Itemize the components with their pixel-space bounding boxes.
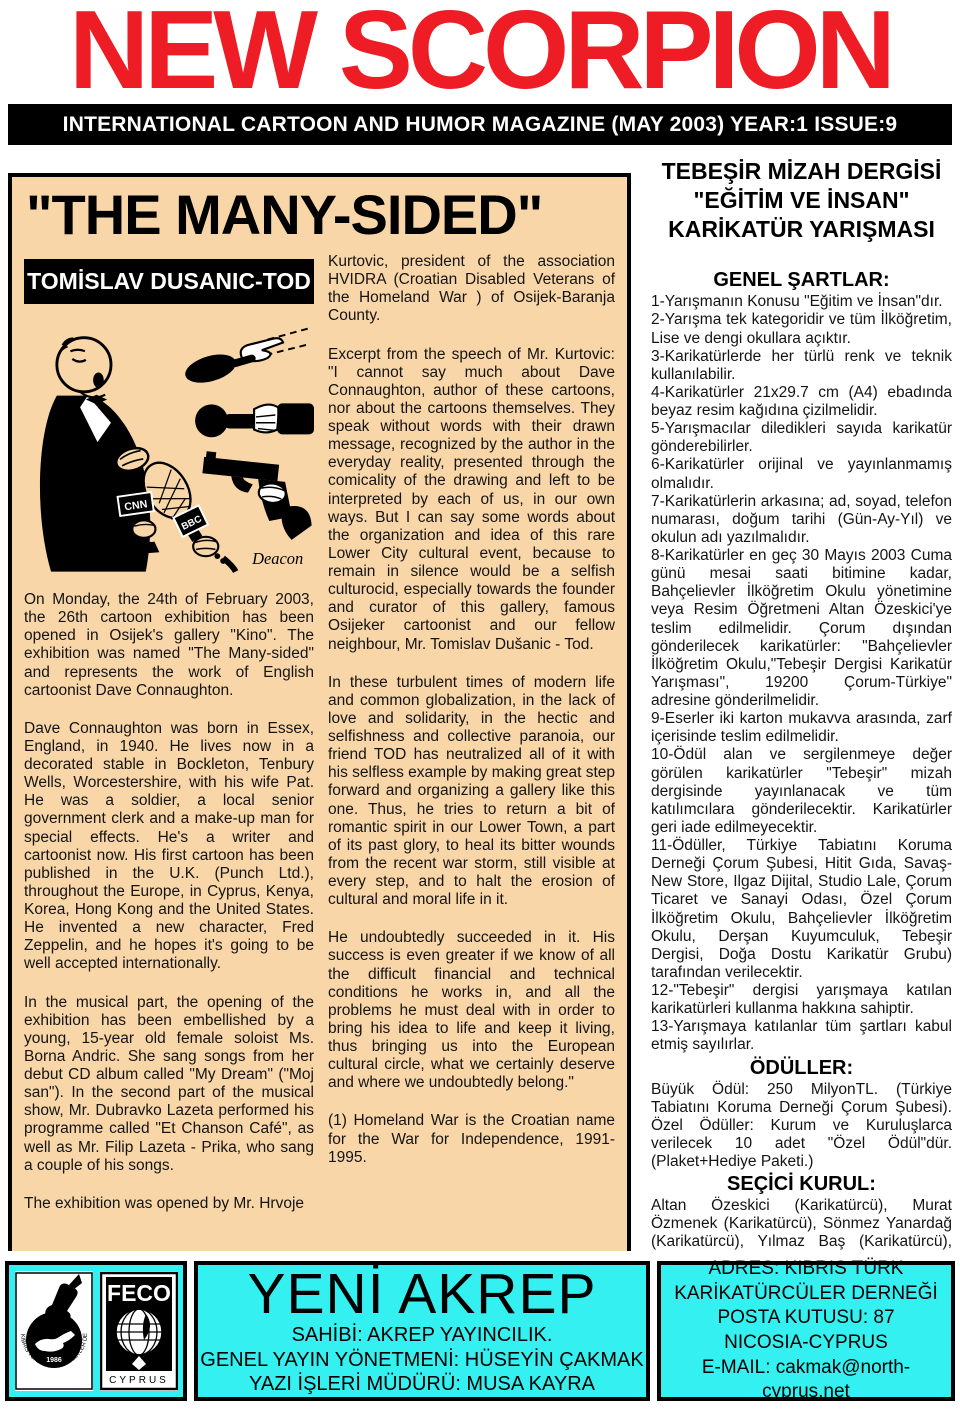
footer-editor-line: GENEL YAYIN YÖNETMENİ: HÜSEYİN ÇAKMAK [200,1348,643,1372]
contest-rule: 9-Eserler iki karton mukavva arasında, z… [651,710,952,746]
contest-prizes-heading: ÖDÜLLER: [651,1057,952,1080]
contest-title-line: TEBEŞİR MİZAH DERGİSİ [662,158,942,184]
footer-magazine-name: YENİ AKREP [248,1265,597,1323]
article-left-column: TOMİSLAV DUSANIC-TOD [24,253,314,1213]
contest-jury-text: Altan Özeskici (Karikatürcü), Murat Özme… [651,1197,952,1251]
footer-address-line: ADRES: KIBRIS TÜRK [709,1257,904,1282]
contest-rule: 11-Ödüller, Türkiye Tabiatını Koruma Der… [651,837,952,982]
footer: 1986 KIBRIS TÜRK KARİKATÜRİSTLER DERNEĞİ… [5,1261,955,1401]
contest-jury-heading: SEÇİCİ KURUL: [651,1173,952,1196]
contest-announcement: TEBEŞİR MİZAH DERGİSİ "EĞİTİM VE İNSAN" … [643,157,952,1251]
feco-country: CYPRUS [109,1375,169,1386]
cartoon-mic-top [182,328,310,388]
contest-prizes-text: Büyük Ödül: 250 MilyonTL. (Türkiye Tabia… [651,1081,952,1172]
footer-email-line: E-MAIL: cakmak@north-cyprus.net [661,1356,951,1405]
content-row: "THE MANY-SIDED" TOMİSLAV DUSANIC-TOD [8,145,952,1251]
article-middle-column: Kurtovic, president of the association H… [328,253,615,1213]
association-logo: 1986 KIBRIS TÜRK KARİKATÜRİSTLER DERNEĞİ [15,1271,93,1391]
magazine-title: NEW SCORPION [0,0,960,100]
contest-rule: 3-Karikatürlerde her türlü renk ve tekni… [651,348,952,384]
contest-rule: 5-Yarışmacılar diledikleri sayıda karika… [651,420,952,456]
feco-label: FECO [107,1280,171,1306]
feco-logo-svg: FECO CYPRUS [100,1271,178,1391]
article-paragraph: Dave Connaughton was born in Essex, Engl… [24,720,314,974]
cartoon-man [40,338,151,572]
article-paragraph: In the musical part, the opening of the … [24,994,314,1175]
article-paragraph: He undoubtedly succeeded in it. His succ… [328,929,615,1092]
article-paragraph: Kurtovic, president of the association H… [328,253,615,326]
footer-address-line: KARİKATÜRCÜLER DERNEĞİ [674,1282,938,1307]
contest-title-line: "EĞİTİM VE İNSAN" [693,187,909,213]
article-paragraph: In these turbulent times of modern life … [328,674,615,910]
masthead-subtitle: INTERNATIONAL CARTOON AND HUMOR MAGAZINE… [63,113,898,137]
article-title: "THE MANY-SIDED" [26,187,615,243]
association-logo-svg: 1986 KIBRIS TÜRK KARİKATÜRİSTLER DERNEĞİ [15,1271,93,1391]
footer-managing-line: YAZI İŞLERİ MÜDÜRÜ: MUSA KAYRA [249,1372,595,1396]
contest-rule: 1-Yarışmanın Konusu "Eğitim ve İnsan"dır… [651,293,952,311]
contest-rule: 4-Karikatürler 21x29.7 cm (A4) ebadında … [651,384,952,420]
contest-rule: 2-Yarışma tek kategoridir ve tüm İlköğre… [651,311,952,347]
contest-rule: 13-Yarışmaya katılanlar tüm şartları kab… [651,1018,952,1054]
article-paragraph: On Monday, the 24th of February 2003, th… [24,591,314,700]
footer-logos-box: 1986 KIBRIS TÜRK KARİKATÜRİSTLER DERNEĞİ… [5,1261,187,1401]
cartoon-mic-middle [195,403,314,437]
contest-rule: 7-Karikatürlerin arkasına; ad, soyad, te… [651,493,952,547]
footer-imprint-box: YENİ AKREP SAHİBİ: AKREP YAYINCILIK. GEN… [194,1261,650,1401]
contest-rule: 10-Ödül alan ve sergilenmeye değer görül… [651,746,952,837]
contest-title-line: KARİKATÜR YARIŞMASI [668,216,935,242]
cartoon-gun [196,451,314,542]
article-paragraph: The exhibition was opened by Mr. Hrvoje [24,1195,314,1213]
magazine-page: NEW SCORPION INTERNATIONAL CARTOON AND H… [0,0,960,1415]
article-box: "THE MANY-SIDED" TOMİSLAV DUSANIC-TOD [8,173,631,1251]
contest-rule: 12-"Tebeşir" dergisi yarışmaya katılan k… [651,982,952,1018]
cartoon-signature: Deacon [251,549,303,568]
contest-rules-heading: GENEL ŞARTLAR: [651,269,952,292]
article-columns: TOMİSLAV DUSANIC-TOD [24,253,615,1213]
article-footnote: (1) Homeland War is the Croatian name fo… [328,1112,615,1166]
contest-title: TEBEŞİR MİZAH DERGİSİ "EĞİTİM VE İNSAN" … [651,157,952,243]
cartoon-illustration: BBC [24,314,314,579]
contest-rule: 8-Karikatürler en geç 30 Mayıs 2003 Cuma… [651,547,952,710]
contest-rule: 6-Karikatürler orijinal ve yayınlanmamış… [651,456,952,492]
footer-address-box: ADRES: KIBRIS TÜRK KARİKATÜRCÜLER DERNEĞ… [657,1261,955,1401]
feco-cyprus-logo: FECO CYPRUS [100,1271,178,1391]
footer-address-line: POSTA KUTUSU: 87 [717,1306,894,1331]
article-paragraph: Excerpt from the speech of Mr. Kurtovic:… [328,346,615,654]
author-name-box: TOMİSLAV DUSANIC-TOD [24,259,314,304]
author-name: TOMİSLAV DUSANIC-TOD [27,268,311,294]
footer-address-line: NICOSIA-CYPRUS [724,1331,888,1356]
footer-owner-line: SAHİBİ: AKREP YAYINCILIK. [292,1323,553,1347]
cartoon-svg: BBC [24,314,314,574]
